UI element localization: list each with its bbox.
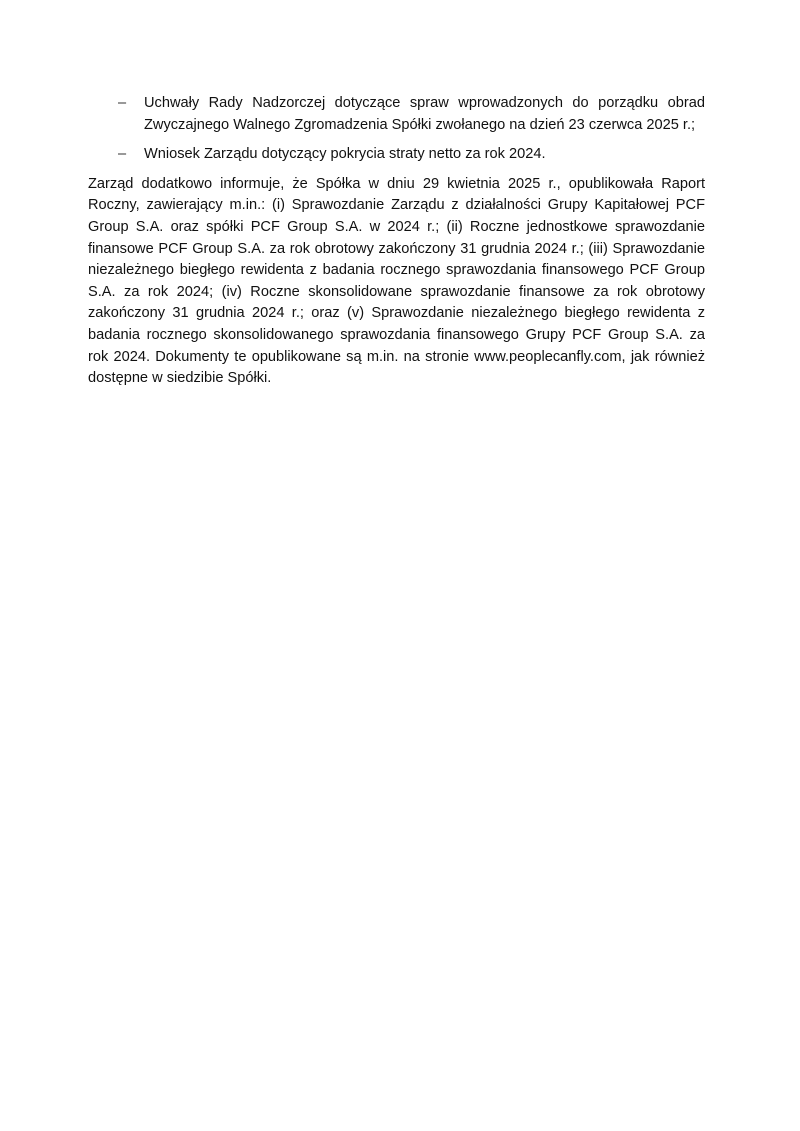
dash-bullet-icon: – <box>118 93 126 115</box>
dash-bullet-icon: – <box>118 144 126 166</box>
list-item: – Uchwały Rady Nadzorczej dotyczące spra… <box>88 93 705 136</box>
bullet-list: – Uchwały Rady Nadzorczej dotyczące spra… <box>88 93 705 166</box>
document-page: – Uchwały Rady Nadzorczej dotyczące spra… <box>88 93 705 390</box>
list-item-text: Uchwały Rady Nadzorczej dotyczące spraw … <box>144 95 705 133</box>
list-item: – Wniosek Zarządu dotyczący pokrycia str… <box>88 144 705 166</box>
list-item-text: Wniosek Zarządu dotyczący pokrycia strat… <box>144 146 546 162</box>
body-paragraph: Zarząd dodatkowo informuje, że Spółka w … <box>88 174 705 390</box>
